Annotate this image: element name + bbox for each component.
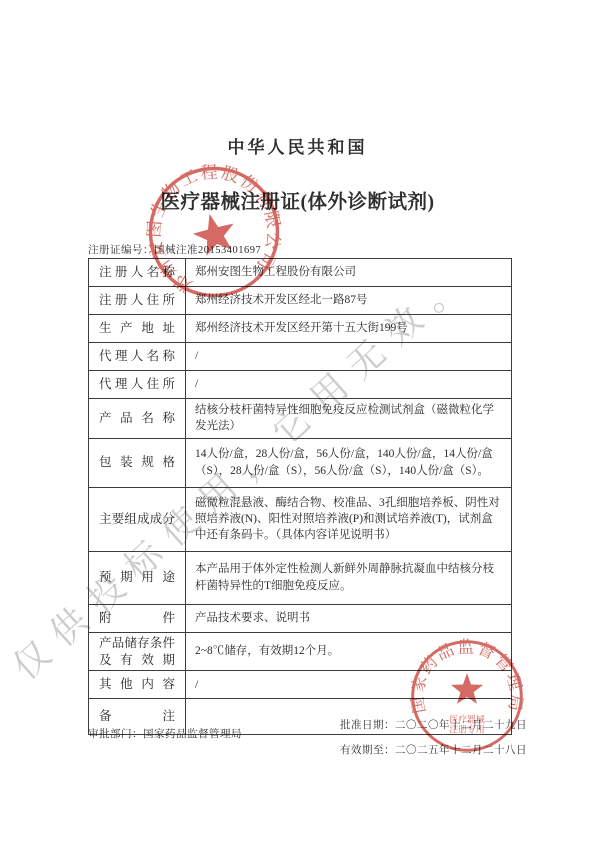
row-label: 主要组成成分 [89,488,186,551]
row-label: 生产地址 [89,315,186,342]
table-row: 生产地址 郑州经济技术开发区经开第十五大街199号 [89,314,511,342]
row-label: 包装规格 [89,439,186,487]
star-icon [451,673,483,704]
table-row: 附件 产品技术要求、说明书 [89,604,511,632]
row-label: 预期用途 [89,552,186,604]
table-row: 产品名称 结核分枝杆菌特异性细胞免疫反应检测试剂盒（磁微粒化学发光法） [89,398,511,438]
row-label: 产品名称 [89,399,186,438]
certificate-page: 仅供投标使用，它用无效。 中华人民共和国 医疗器械注册证(体外诊断试剂) 注册证… [0,0,595,842]
row-value: 14人份/盒，28人份/盒，56人份/盒，140人份/盒，14人份/盒（S），2… [186,439,511,487]
row-value: 磁微粒混悬液、酶结合物、校准品、3孔细胞培养板、阴性对照培养液(N)、阳性对照培… [186,488,511,551]
authority-seal-stamp: 国家药品监督管理局 医疗器械 注册专用 [408,637,526,755]
row-value: 本产品用于体外定性检测人新鲜外周静脉抗凝血中结核分枝杆菌特异性的T细胞免疫反应。 [186,552,511,604]
row-label: 代理人名称 [89,343,186,370]
row-value: / [186,343,511,370]
table-row: 代理人住所 / [89,370,511,398]
certificate-title: 医疗器械注册证(体外诊断试剂) [0,186,595,214]
registration-number-label: 注册证编号： [88,245,154,256]
approval-department: 审批部门：国家药品监督管理局 [88,726,242,741]
row-value: 结核分枝杆菌特异性细胞免疫反应检测试剂盒（磁微粒化学发光法） [186,399,511,438]
row-value: 产品技术要求、说明书 [186,605,511,632]
row-value: 郑州经济技术开发区经开第十五大街199号 [186,315,511,342]
row-label: 产品储存条件及有效期 [89,633,186,671]
country-title: 中华人民共和国 [0,133,595,158]
row-label: 附件 [89,605,186,632]
star-icon [189,209,239,258]
table-row: 代理人名称 / [89,342,511,370]
row-label: 其他内容 [89,671,186,698]
table-row: 主要组成成分 磁微粒混悬液、酶结合物、校准品、3孔细胞培养板、阴性对照培养液(N… [89,487,511,551]
table-row: 预期用途 本产品用于体外定性检测人新鲜外周静脉抗凝血中结核分枝杆菌特异性的T细胞… [89,551,511,604]
table-row: 注册人住所 郑州经济技术开发区经北一路87号 [89,286,511,314]
row-value: / [186,371,511,398]
svg-text:医疗器械: 医疗器械 [449,714,484,725]
svg-text:注册专用: 注册专用 [449,724,484,735]
table-row: 包装规格 14人份/盒，28人份/盒，56人份/盒，140人份/盒，14人份/盒… [89,438,511,487]
row-label: 代理人住所 [89,371,186,398]
